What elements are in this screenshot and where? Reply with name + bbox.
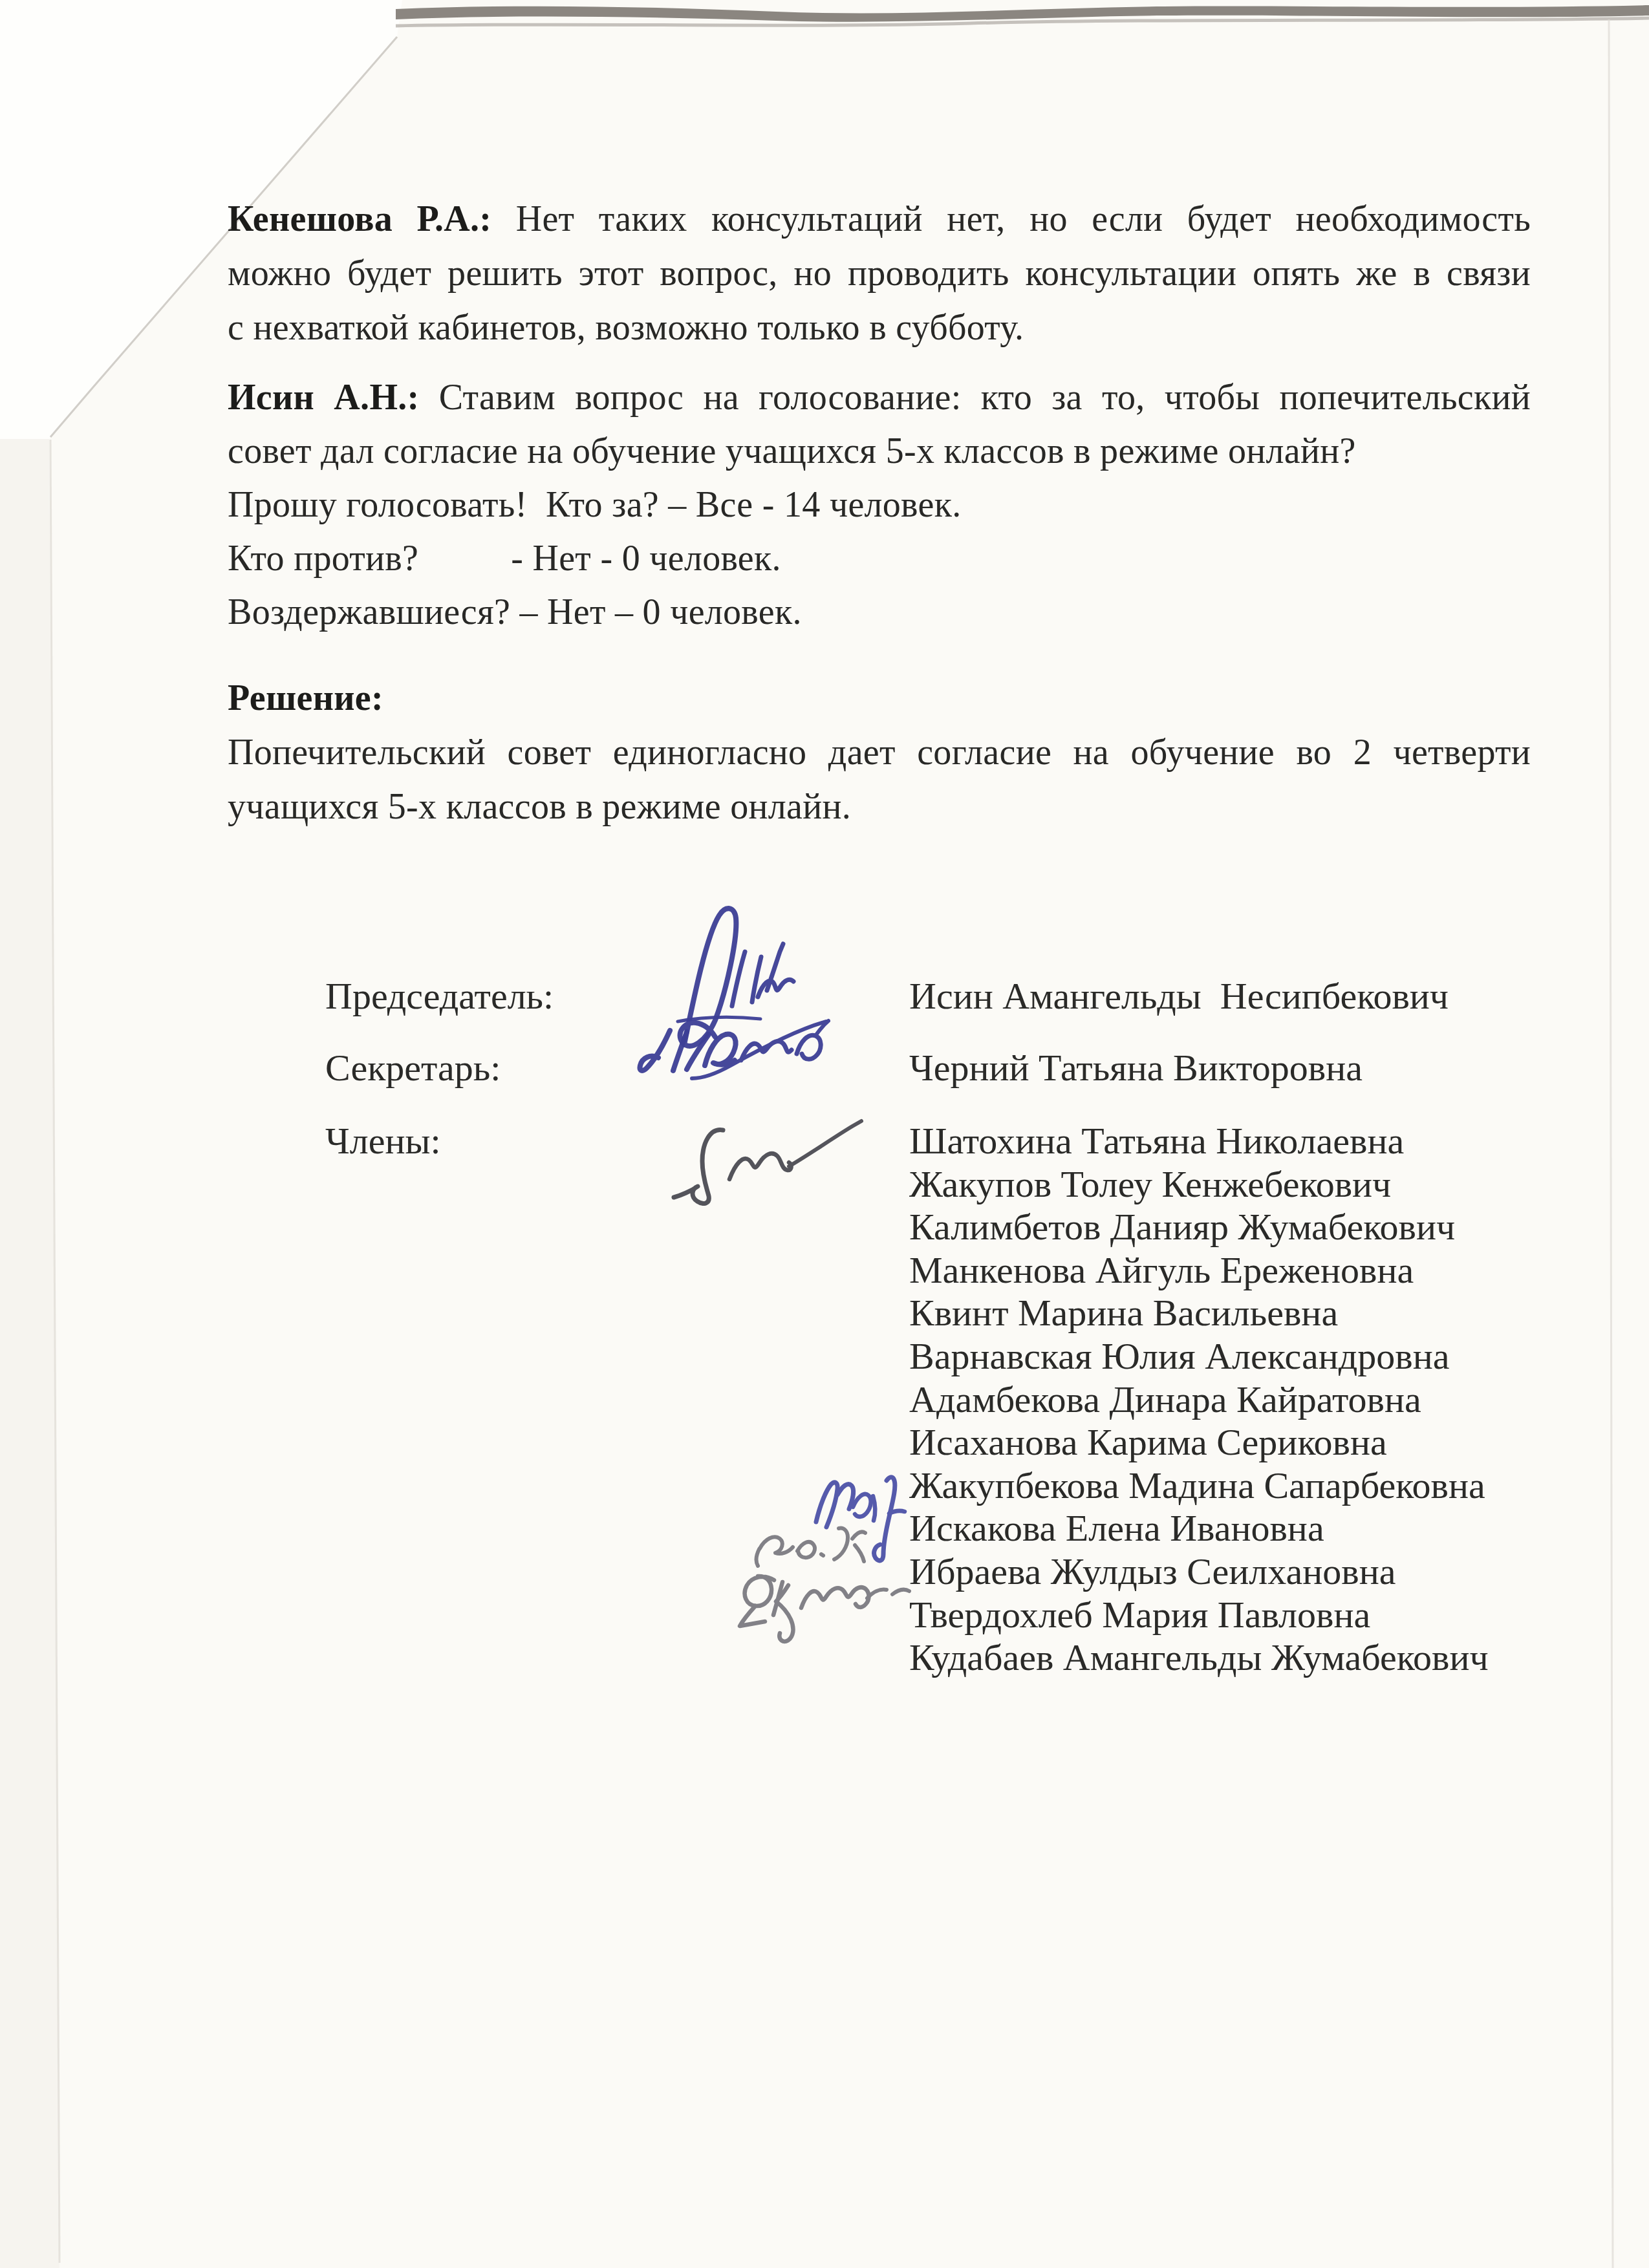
paragraph-keneshova-line1: Кенешова Р.А.: Нет таких консультаций не… [228,192,1531,246]
members-signature [674,1121,861,1203]
member-name: Ибраева Жулдыз Сеилхановна [909,1550,1489,1594]
paragraph-keneshova-line3: с нехваткой кабинетов, возможно только в… [228,301,1531,355]
member-name: Исаханова Карима Сериковна [909,1421,1489,1464]
speaker-keneshova: Кенешова Р.А.: [228,199,491,239]
secretary-label: Секретарь: [325,1047,501,1090]
paragraph-isin-voting: Исин А.Н.: Ставим вопрос на голосование:… [228,371,1531,639]
vote-for-line: Прошу голосовать! Кто за? – Все - 14 чел… [228,478,1531,532]
paragraph-isin-line1: Исин А.Н.: Ставим вопрос на голосование:… [228,371,1531,425]
member-signatures-cluster [740,1477,909,1642]
top-shadow-band [396,5,1649,22]
member-name: Кудабаев Амангельды Жумабекович [909,1636,1489,1680]
secretary-name: Черний Татьяна Викторовна [909,1047,1363,1090]
left-edge-line [50,440,59,2263]
member-name: Шатохина Татьяна Николаевна [909,1120,1489,1163]
paragraph-keneshova-line1-text: Нет таких консультаций нет, но если буде… [491,199,1531,239]
member-name: Искакова Елена Ивановна [909,1507,1489,1550]
secretary-signature [640,1017,828,1078]
top-shadow-band-light [396,18,1649,26]
member-name: Жакупбекова Мадина Сапарбековна [909,1464,1489,1508]
decision-line2: учащихся 5-х классов в режиме онлайн. [228,780,1531,834]
vote-abstained-line: Воздержавшиеся? – Нет – 0 человек. [228,586,1531,639]
member-name: Квинт Марина Васильевна [909,1292,1489,1335]
member-name: Жакупов Толеу Кенжебекович [909,1163,1489,1206]
chairman-signature [680,908,793,1046]
member-name: Калимбетов Данияр Жумабекович [909,1206,1489,1249]
member-name: Манкенова Айгуль Ереженовна [909,1249,1489,1292]
members-label: Члены: [325,1120,441,1163]
member-name: Адамбекова Динара Кайратовна [909,1378,1489,1422]
member-signature-blue [816,1477,905,1561]
paragraph-isin-line2: совет дал согласие на обучение учащихся … [228,425,1531,478]
right-edge-line [1609,19,1613,2268]
decision-section: Решение: Попечительский совет единогласн… [228,671,1531,834]
chairman-name: Исин Амангельды Несипбекович [909,975,1449,1018]
scanned-document-page: Кенешова Р.А.: Нет таких консультаций не… [0,0,1649,2268]
vote-against-line: Кто против? - Нет - 0 человек. [228,532,1531,586]
member-signature-gray-1 [757,1528,865,1566]
member-name: Варнавская Юлия Александровна [909,1335,1489,1378]
decision-line1: Попечительский совет единогласно дает со… [228,725,1531,780]
paragraph-keneshova: Кенешова Р.А.: Нет таких консультаций не… [228,192,1531,355]
speaker-isin: Исин А.Н.: [228,378,420,418]
member-name: Твердохлеб Мария Павловна [909,1594,1489,1637]
paragraph-isin-line1-text: Ставим вопрос на голосование: кто за то,… [420,378,1531,418]
member-signature-gray-2 [740,1576,909,1642]
chairman-label: Председатель: [325,975,554,1018]
decision-heading: Решение: [228,671,1531,725]
left-edge-strip [0,439,59,2268]
paragraph-keneshova-line2: можно будет решить этот вопрос, но прово… [228,246,1531,301]
member-names-list: Шатохина Татьяна Николаевна Жакупов Толе… [909,1120,1489,1680]
